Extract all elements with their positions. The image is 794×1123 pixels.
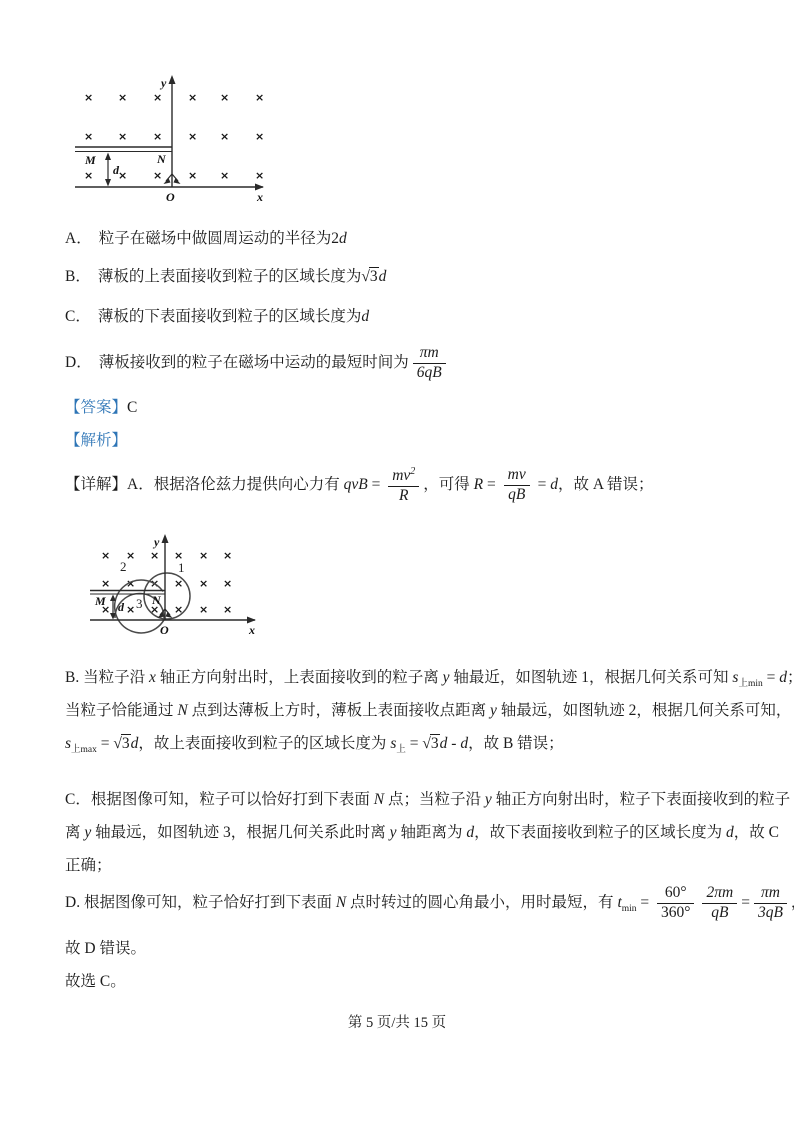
field-crosses: ×××××× ×××××× ×××××× [84, 91, 264, 182]
option-d-text: 薄板接收到的粒子在磁场中运动的最短时间为 [99, 354, 409, 371]
figure-magnetic-field-setup: ×××××× ×××××× ×××××× y x O M N d [75, 74, 275, 214]
option-d-label: D． [65, 354, 92, 371]
option-a-label: A． [65, 230, 92, 247]
svg-text:3: 3 [136, 596, 143, 611]
svg-text:M: M [94, 594, 106, 608]
svg-text:1: 1 [178, 560, 185, 575]
svg-text:y: y [159, 76, 167, 90]
page-number: 第 5 页/共 15 页 [348, 1015, 446, 1031]
y-axis-arrow-icon [169, 75, 176, 84]
option-b-label: B． [65, 268, 91, 285]
option-a-text: 粒子在磁场中做圆周运动的半径为 [99, 230, 332, 247]
y-axis-arrow-icon [162, 534, 169, 543]
option-c: C．薄板的下表面接收到粒子的区域长度为d [65, 306, 369, 328]
detail-d-line1: D. 根据图像可知，粒子恰好打到下表面 N 点时转过的圆心角最小，用时最短，有 … [65, 880, 794, 932]
detail-d-line2: 故 D 错误。 [65, 938, 146, 960]
fraction: 2πmqB [702, 884, 737, 922]
fraction: mv2R [388, 466, 419, 505]
svg-text:O: O [160, 623, 169, 637]
svg-text:x: x [248, 623, 255, 637]
option-c-label: C． [65, 308, 91, 325]
page-footer: 第 5 页/共 15 页 [0, 1011, 794, 1032]
detail-paragraph-a: 【详解】A．根据洛伦兹力提供向心力有 qvB = mv2R，可得 R = mvq… [65, 460, 654, 510]
svg-text:x: x [256, 190, 263, 204]
svg-text:M: M [84, 153, 96, 167]
option-d: D．薄板接收到的粒子在磁场中运动的最短时间为πm6qB [65, 340, 450, 386]
detail-c-line2: 离 y 轴最远，如图轨迹 3，根据几何关系此时离 y 轴距离为 d，故下表面接收… [65, 822, 779, 844]
analysis-tag: 【解析】 [65, 432, 127, 449]
figure-trajectories: ×××××× ×××××× ×××××× 1 2 3 y x O M N [75, 533, 275, 650]
figure-1-svg: ×××××× ×××××× ×××××× y x O M N d [75, 74, 275, 214]
svg-text:d: d [113, 163, 120, 177]
fraction: 60°360° [657, 884, 694, 922]
detail-tag: 【详解】 [65, 476, 127, 493]
fraction: mvqB [504, 466, 530, 504]
analysis-line: 【解析】 [65, 430, 127, 452]
answer-value: C [127, 399, 137, 416]
option-b: B．薄板的上表面接收到粒子的区域长度为√3d [65, 266, 386, 288]
axes: y x O [75, 75, 264, 204]
svg-text:d: d [118, 600, 125, 614]
svg-text:××××××: ×××××× [84, 169, 264, 182]
detail-c-line1: C．根据图像可知，粒子可以恰好打到下表面 N 点；当粒子沿 y 轴正方向射出时，… [65, 789, 790, 811]
figure-2-svg: ×××××× ×××××× ×××××× 1 2 3 y x O M N [75, 533, 275, 650]
svg-text:O: O [166, 190, 175, 204]
svg-text:N: N [151, 593, 162, 607]
detail-b-line3: s上max = √3d，故上表面接收到粒子的区域长度为 s上 = √3d - d… [65, 733, 564, 761]
thin-plate: M N [75, 147, 172, 167]
option-c-text: 薄板的下表面接收到粒子的区域长度为 [98, 308, 362, 325]
distance-d-marker: d [110, 595, 125, 620]
detail-b-line1: B. 当粒子沿 x 轴正方向射出时，上表面接收到的粒子离 y 轴最近，如图轨迹 … [65, 667, 794, 695]
fraction: πm3qB [754, 884, 787, 922]
svg-text:××××××: ×××××× [84, 91, 264, 104]
detail-c-line3: 正确； [65, 855, 112, 877]
svg-text:2: 2 [120, 559, 127, 574]
svg-text:××××××: ×××××× [101, 577, 232, 590]
option-a: A．粒子在磁场中做圆周运动的半径为2d [65, 228, 347, 250]
fraction: πm6qB [413, 344, 446, 382]
answer-tag: 【答案】 [65, 399, 127, 416]
svg-text:××××××: ×××××× [84, 130, 264, 143]
svg-text:y: y [152, 535, 160, 549]
option-b-text: 薄板的上表面接收到粒子的区域长度为 [98, 268, 362, 285]
answer-line: 【答案】C [65, 397, 137, 419]
svg-text:N: N [156, 152, 167, 166]
conclusion-line: 故选 C。 [65, 971, 126, 993]
detail-b-line2: 当粒子恰能通过 N 点到达薄板上方时，薄板上表面接收点距离 y 轴最远，如图轨迹… [65, 700, 791, 722]
